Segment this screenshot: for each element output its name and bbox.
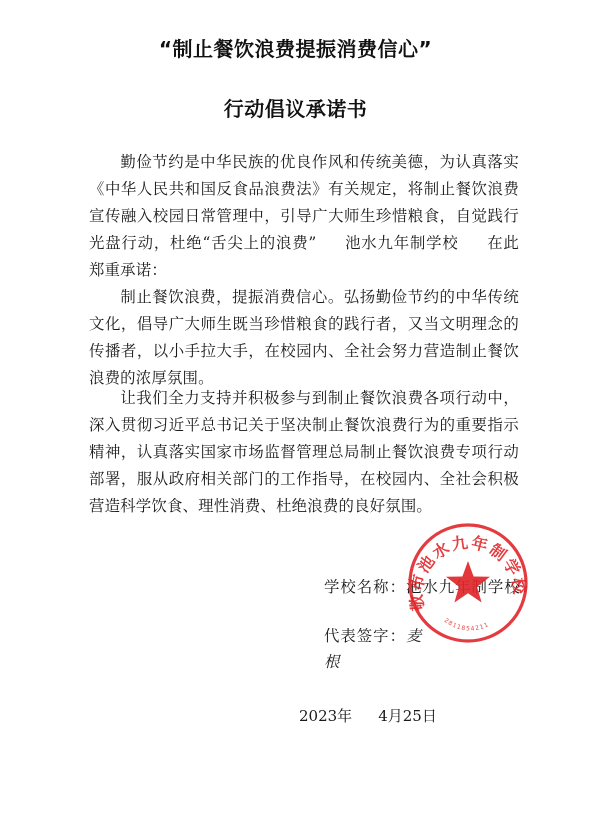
date-line: 2023年4月25日 (299, 703, 437, 729)
school-name-label: 学校名称： (324, 578, 406, 596)
paragraph-action-text: 让我们全力支持并积极参与到制止餐饮浪费各项行动中，深入贯彻习近平总书记关于坚决制… (89, 389, 519, 515)
paragraph-commitment-text: 制止餐饮浪费，提振消费信心。弘扬勤俭节约的中华传统文化，倡导广大师生既当珍惜粮食… (89, 288, 519, 387)
svg-text:2811854211: 2811854211 (443, 617, 491, 633)
paragraph-commitment: 制止餐饮浪费，提振消费信心。弘扬勤俭节约的中华传统文化，倡导广大师生既当珍惜粮食… (89, 284, 519, 392)
representative-signature-line: 代表签字：麦根 (324, 623, 434, 675)
signature-label: 代表签字： (324, 627, 406, 645)
document-title: “制止餐饮浪费提振消费信心” (0, 33, 591, 62)
school-name-line: 学校名称：池水九年制学校 (324, 574, 521, 600)
svg-text:敬市池水九年制学校: 敬市池水九年制学校 (406, 533, 529, 613)
paragraph-intro: 勤俭节约是中华民族的优良作风和传统美德，为认真落实《中华人民共和国反食品浪费法》… (89, 149, 519, 284)
date-year: 2023年 (299, 707, 352, 725)
document-subtitle: 行动倡议承诺书 (0, 93, 591, 122)
seal-number: 2811854211 (443, 617, 491, 633)
school-name-inline: 池水九年制学校 (344, 234, 458, 252)
school-name-value: 池水九年制学校 (406, 578, 521, 596)
date-month-day: 4月25日 (378, 707, 437, 725)
paragraph-action: 让我们全力支持并积极参与到制止餐饮浪费各项行动中，深入贯彻习近平总书记关于坚决制… (89, 385, 519, 520)
seal-ring-text: 敬市池水九年制学校 (406, 533, 529, 613)
